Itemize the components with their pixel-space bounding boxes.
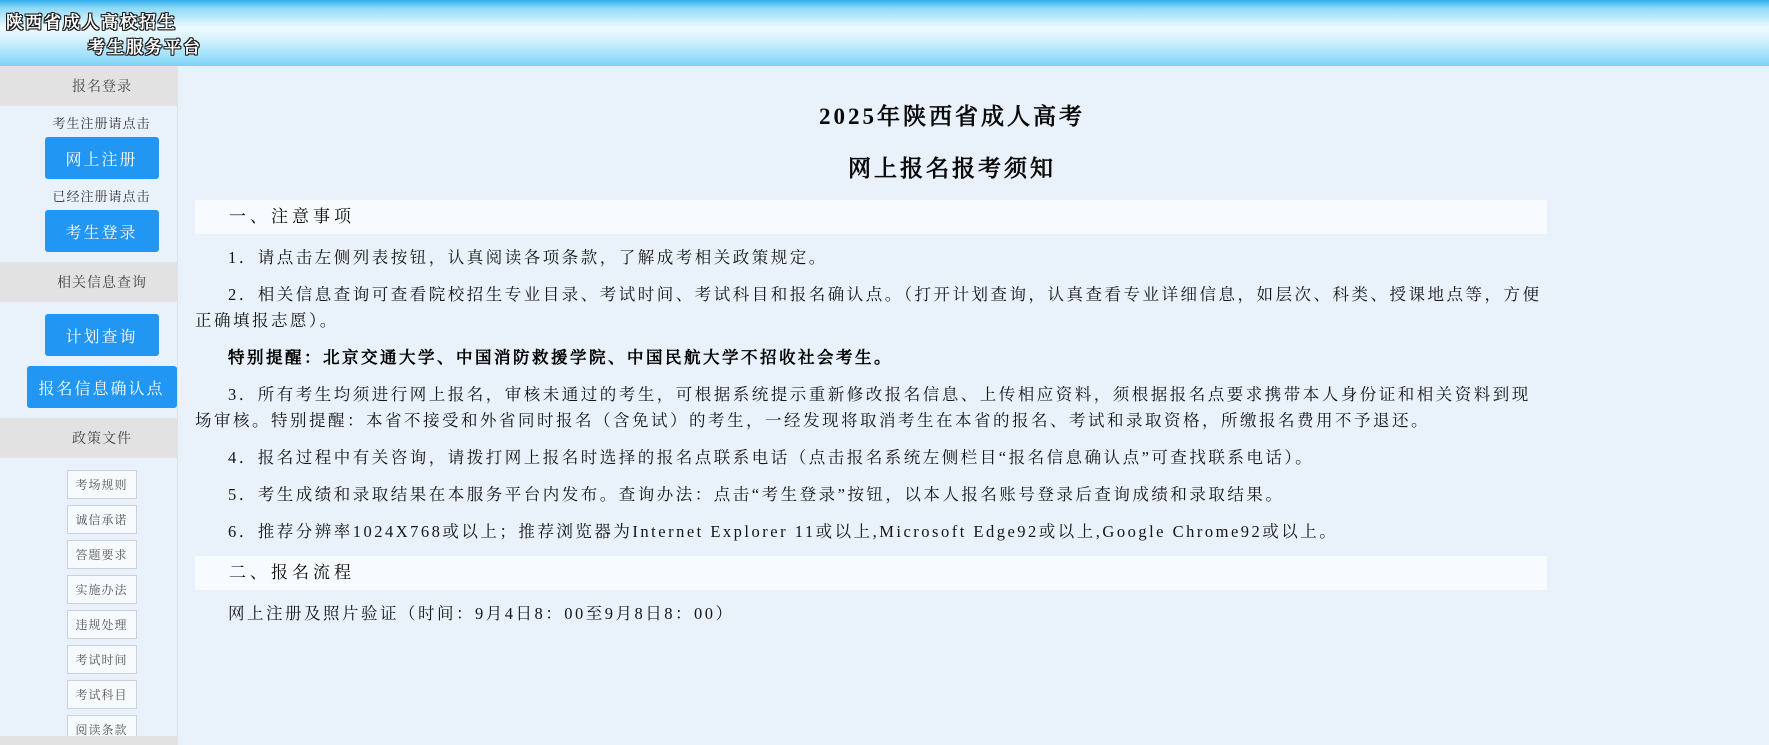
sidebar-bottom-bar <box>0 736 178 745</box>
online-register-button[interactable]: 网上注册 <box>45 137 159 179</box>
special-reminder: 特别提醒：北京交通大学、中国消防救援学院、中国民航大学不招收社会考生。 <box>195 345 1547 371</box>
process-step-1: 网上注册及照片验证（时间：9月4日8：00至9月8日8：00） <box>195 601 1547 627</box>
sidebar-header-policy: 政策文件 <box>0 418 178 458</box>
policy-link-violation-handling[interactable]: 违规处理 <box>67 610 137 639</box>
notice-text-column: 一、注意事项 1．请点击左侧列表按钮，认真阅读各项条款，了解成考相关政策规定。 … <box>195 200 1547 627</box>
notice-item-2: 2．相关信息查询可查看院校招生专业目录、考试时间、考试科目和报名确认点。（打开计… <box>195 282 1547 334</box>
policy-link-exam-room-rules[interactable]: 考场规则 <box>67 470 137 499</box>
sidebar: 报名登录 考生注册请点击 网上注册 已经注册请点击 考生登录 相关信息查询 计划… <box>0 66 178 745</box>
notice-title-line2: 网上报名报考须知 <box>195 150 1709 183</box>
app-title-line1: 陕西省成人高校招生 <box>6 8 177 33</box>
notice-item-6: 6．推荐分辨率1024X768或以上；推荐浏览器为Internet Explor… <box>195 519 1547 545</box>
register-hint-label: 考生注册请点击 <box>26 113 177 132</box>
policy-link-answering-requirements[interactable]: 答题要求 <box>67 540 137 569</box>
notice-item-4: 4．报名过程中有关咨询，请拨打网上报名时选择的报名点联系电话（点击报名系统左侧栏… <box>195 445 1547 471</box>
notice-item-5: 5．考生成绩和录取结果在本服务平台内发布。查询办法：点击“考生登录”按钮，以本人… <box>195 482 1547 508</box>
app-title-line2: 考生服务平台 <box>88 33 202 58</box>
login-hint-label: 已经注册请点击 <box>26 186 177 205</box>
app-header: 陕西省成人高校招生 考生服务平台 <box>0 0 1769 66</box>
candidate-login-button[interactable]: 考生登录 <box>45 210 159 252</box>
notice-item-1: 1．请点击左侧列表按钮，认真阅读各项条款，了解成考相关政策规定。 <box>195 245 1547 271</box>
section-heading-process: 二、报名流程 <box>195 556 1547 590</box>
notice-item-3: 3．所有考生均须进行网上报名，审核未通过的考生，可根据系统提示重新修改报名信息、… <box>195 382 1547 434</box>
plan-query-button[interactable]: 计划查询 <box>45 314 159 356</box>
policy-link-exam-time[interactable]: 考试时间 <box>67 645 137 674</box>
policy-link-integrity-pledge[interactable]: 诚信承诺 <box>67 505 137 534</box>
main-content: 2025年陕西省成人高考 网上报名报考须知 一、注意事项 1．请点击左侧列表按钮… <box>178 66 1769 745</box>
policy-link-implementation-measures[interactable]: 实施办法 <box>67 575 137 604</box>
sidebar-header-info-query: 相关信息查询 <box>0 262 178 302</box>
sidebar-header-login: 报名登录 <box>0 66 178 106</box>
notice-title-line1: 2025年陕西省成人高考 <box>195 98 1709 131</box>
section-heading-notes: 一、注意事项 <box>195 200 1547 234</box>
confirm-point-button[interactable]: 报名信息确认点 <box>27 366 177 408</box>
page-body: 报名登录 考生注册请点击 网上注册 已经注册请点击 考生登录 相关信息查询 计划… <box>0 66 1769 745</box>
policy-link-exam-subjects[interactable]: 考试科目 <box>67 680 137 709</box>
